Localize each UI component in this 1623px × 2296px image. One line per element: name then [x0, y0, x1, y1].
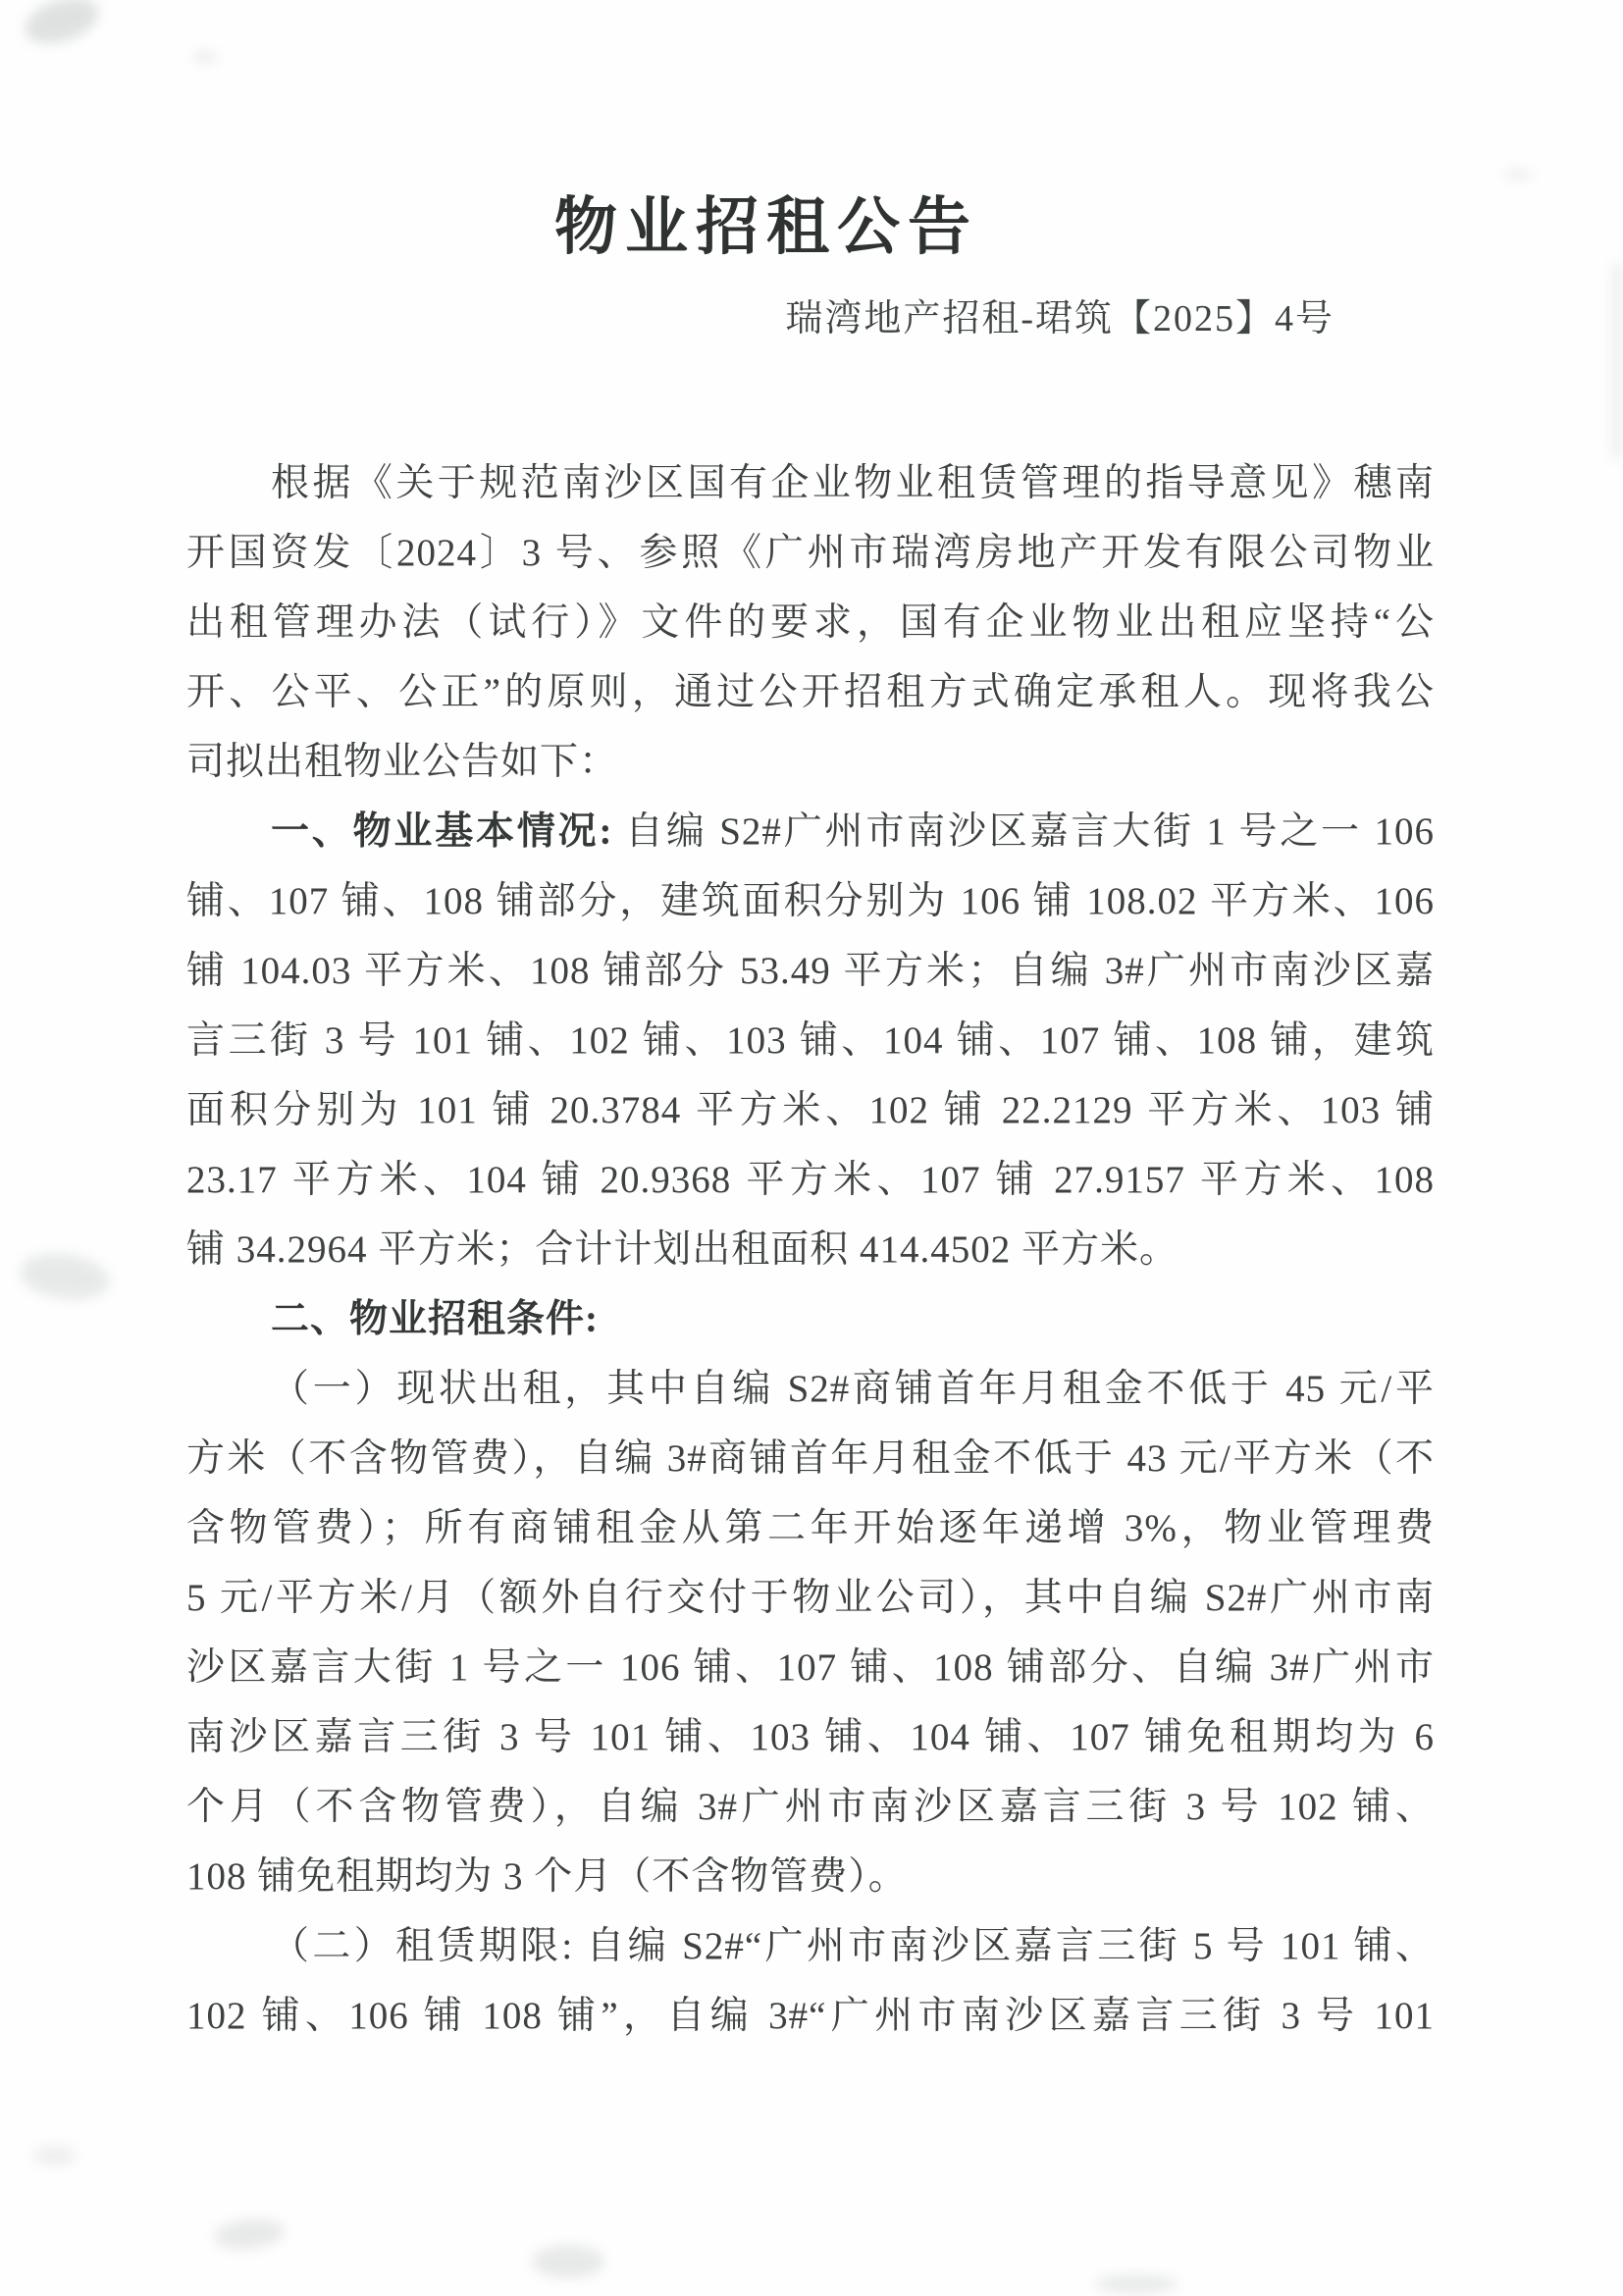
document-line: （一）现状出租，其中自编 S2#商铺首年月租金不低于 45 元/平: [186, 1354, 1435, 1424]
document-line: 根据《关于规范南沙区国有企业物业租赁管理的指导意见》穗南: [186, 448, 1435, 518]
body-text: 铺 34.2964 平方米；合计计划出租面积 414.4502 平方米。: [186, 1228, 1178, 1271]
document-line: 含物管费）；所有商铺租金从第二年开始逐年递增 3%，物业管理费: [186, 1493, 1435, 1563]
body-text: 南沙区嘉言三街 3 号 101 铺、103 铺、104 铺、107 铺免租期均为…: [186, 1716, 1435, 1758]
body-text: 铺、107 铺、108 铺部分，建筑面积分别为 106 铺 108.02 平方米…: [186, 880, 1435, 922]
body-text: 司拟出租物业公告如下：: [186, 741, 618, 783]
document-line: 铺 34.2964 平方米；合计计划出租面积 414.4502 平方米。: [186, 1215, 1435, 1284]
body-text: （二）租赁期限: 自编 S2#“广州市南沙区嘉言三街 5 号 101 铺、: [271, 1925, 1435, 1967]
document-line: 开、公平、公正”的原则，通过公开招租方式确定承租人。现将我公: [186, 657, 1435, 727]
body-text: 5 元/平方米/月（额外自行交付于物业公司），其中自编 S2#广州市南: [186, 1577, 1435, 1619]
document-line: 司拟出租物业公告如下：: [186, 727, 1435, 797]
document-line: 面积分别为 101 铺 20.3784 平方米、102 铺 22.2129 平方…: [186, 1075, 1435, 1145]
scan-artifact: [1095, 2274, 1178, 2294]
body-text: 铺 104.03 平方米、108 铺部分 53.49 平方米；自编 3#广州市南…: [186, 950, 1435, 992]
body-text: 23.17 平方米、104 铺 20.9368 平方米、107 铺 27.915…: [186, 1159, 1435, 1201]
body-text: 面积分别为 101 铺 20.3784 平方米、102 铺 22.2129 平方…: [186, 1089, 1435, 1131]
section-heading-text: 一、物业基本情况:: [271, 810, 612, 853]
document-line: 言三街 3 号 101 铺、102 铺、103 铺、104 铺、107 铺、10…: [186, 1006, 1435, 1075]
document-line: 南沙区嘉言三街 3 号 101 铺、103 铺、104 铺、107 铺免租期均为…: [186, 1702, 1435, 1772]
document-number: 瑞湾地产招租-珺筑【2025】4号: [0, 295, 1623, 342]
document-line: 二、物业招租条件:: [186, 1284, 1435, 1354]
document-line: 102 铺、106 铺 108 铺”，自编 3#“广州市南沙区嘉言三街 3 号 …: [186, 1981, 1435, 2051]
body-text: 开国资发〔2024〕3 号、参照《广州市瑞湾房地产开发有限公司物业: [186, 532, 1435, 574]
document-line: 铺 104.03 平方米、108 铺部分 53.49 平方米；自编 3#广州市南…: [186, 936, 1435, 1006]
document-line: 方米（不含物管费），自编 3#商铺首年月租金不低于 43 元/平方米（不: [186, 1424, 1435, 1493]
scanned-document-page: 物业招租公告 瑞湾地产招租-珺筑【2025】4号 根据《关于规范南沙区国有企业物…: [0, 0, 1623, 2296]
scan-artifact: [33, 2145, 77, 2166]
body-text: 沙区嘉言大街 1 号之一 106 铺、107 铺、108 铺部分、自编 3#广州…: [186, 1646, 1435, 1689]
body-text: 含物管费）；所有商铺租金从第二年开始逐年递增 3%，物业管理费: [186, 1507, 1435, 1549]
scan-artifact: [532, 2245, 604, 2278]
document-line: 沙区嘉言大街 1 号之一 106 铺、107 铺、108 铺部分、自编 3#广州…: [186, 1633, 1435, 1702]
document-line: 23.17 平方米、104 铺 20.9368 平方米、107 铺 27.915…: [186, 1145, 1435, 1215]
body-text: 自编 S2#广州市南沙区嘉言大街 1 号之一 106: [612, 810, 1435, 853]
scan-artifact: [1613, 263, 1621, 459]
body-text: 出租管理办法（试行）》文件的要求，国有企业物业出租应坚持“公: [186, 601, 1435, 644]
document-body: 根据《关于规范南沙区国有企业物业租赁管理的指导意见》穗南开国资发〔2024〕3 …: [0, 448, 1623, 2051]
document-line: 一、物业基本情况: 自编 S2#广州市南沙区嘉言大街 1 号之一 106: [186, 797, 1435, 866]
body-text: 方米（不含物管费），自编 3#商铺首年月租金不低于 43 元/平方米（不: [186, 1437, 1435, 1480]
body-text: 102 铺、106 铺 108 铺”，自编 3#“广州市南沙区嘉言三街 3 号 …: [186, 1995, 1435, 2037]
document-line: 5 元/平方米/月（额外自行交付于物业公司），其中自编 S2#广州市南: [186, 1563, 1435, 1633]
scan-artifact: [1503, 169, 1533, 181]
document-line: 铺、107 铺、108 铺部分，建筑面积分别为 106 铺 108.02 平方米…: [186, 866, 1435, 936]
scan-artifact: [192, 51, 218, 63]
document-line: 出租管理办法（试行）》文件的要求，国有企业物业出租应坚持“公: [186, 588, 1435, 657]
body-text: （一）现状出租，其中自编 S2#商铺首年月租金不低于 45 元/平: [271, 1368, 1435, 1410]
document-line: （二）租赁期限: 自编 S2#“广州市南沙区嘉言三街 5 号 101 铺、: [186, 1911, 1435, 1981]
body-text: 开、公平、公正”的原则，通过公开招租方式确定承租人。现将我公: [186, 671, 1435, 713]
body-text: 根据《关于规范南沙区国有企业物业租赁管理的指导意见》穗南: [271, 462, 1435, 504]
body-text: 108 铺免租期均为 3 个月（不含物管费）。: [186, 1855, 908, 1898]
body-text: 个月（不含物管费），自编 3#广州市南沙区嘉言三街 3 号 102 铺、: [186, 1786, 1435, 1828]
scan-artifact: [213, 2216, 287, 2252]
document-line: 108 铺免租期均为 3 个月（不含物管费）。: [186, 1842, 1435, 1911]
document-line: 个月（不含物管费），自编 3#广州市南沙区嘉言三街 3 号 102 铺、: [186, 1772, 1435, 1842]
document-title: 物业招租公告: [0, 0, 1623, 260]
section-heading-text: 二、物业招租条件:: [271, 1298, 599, 1340]
document-line: 开国资发〔2024〕3 号、参照《广州市瑞湾房地产开发有限公司物业: [186, 518, 1435, 588]
body-text: 言三街 3 号 101 铺、102 铺、103 铺、104 铺、107 铺、10…: [186, 1019, 1435, 1062]
